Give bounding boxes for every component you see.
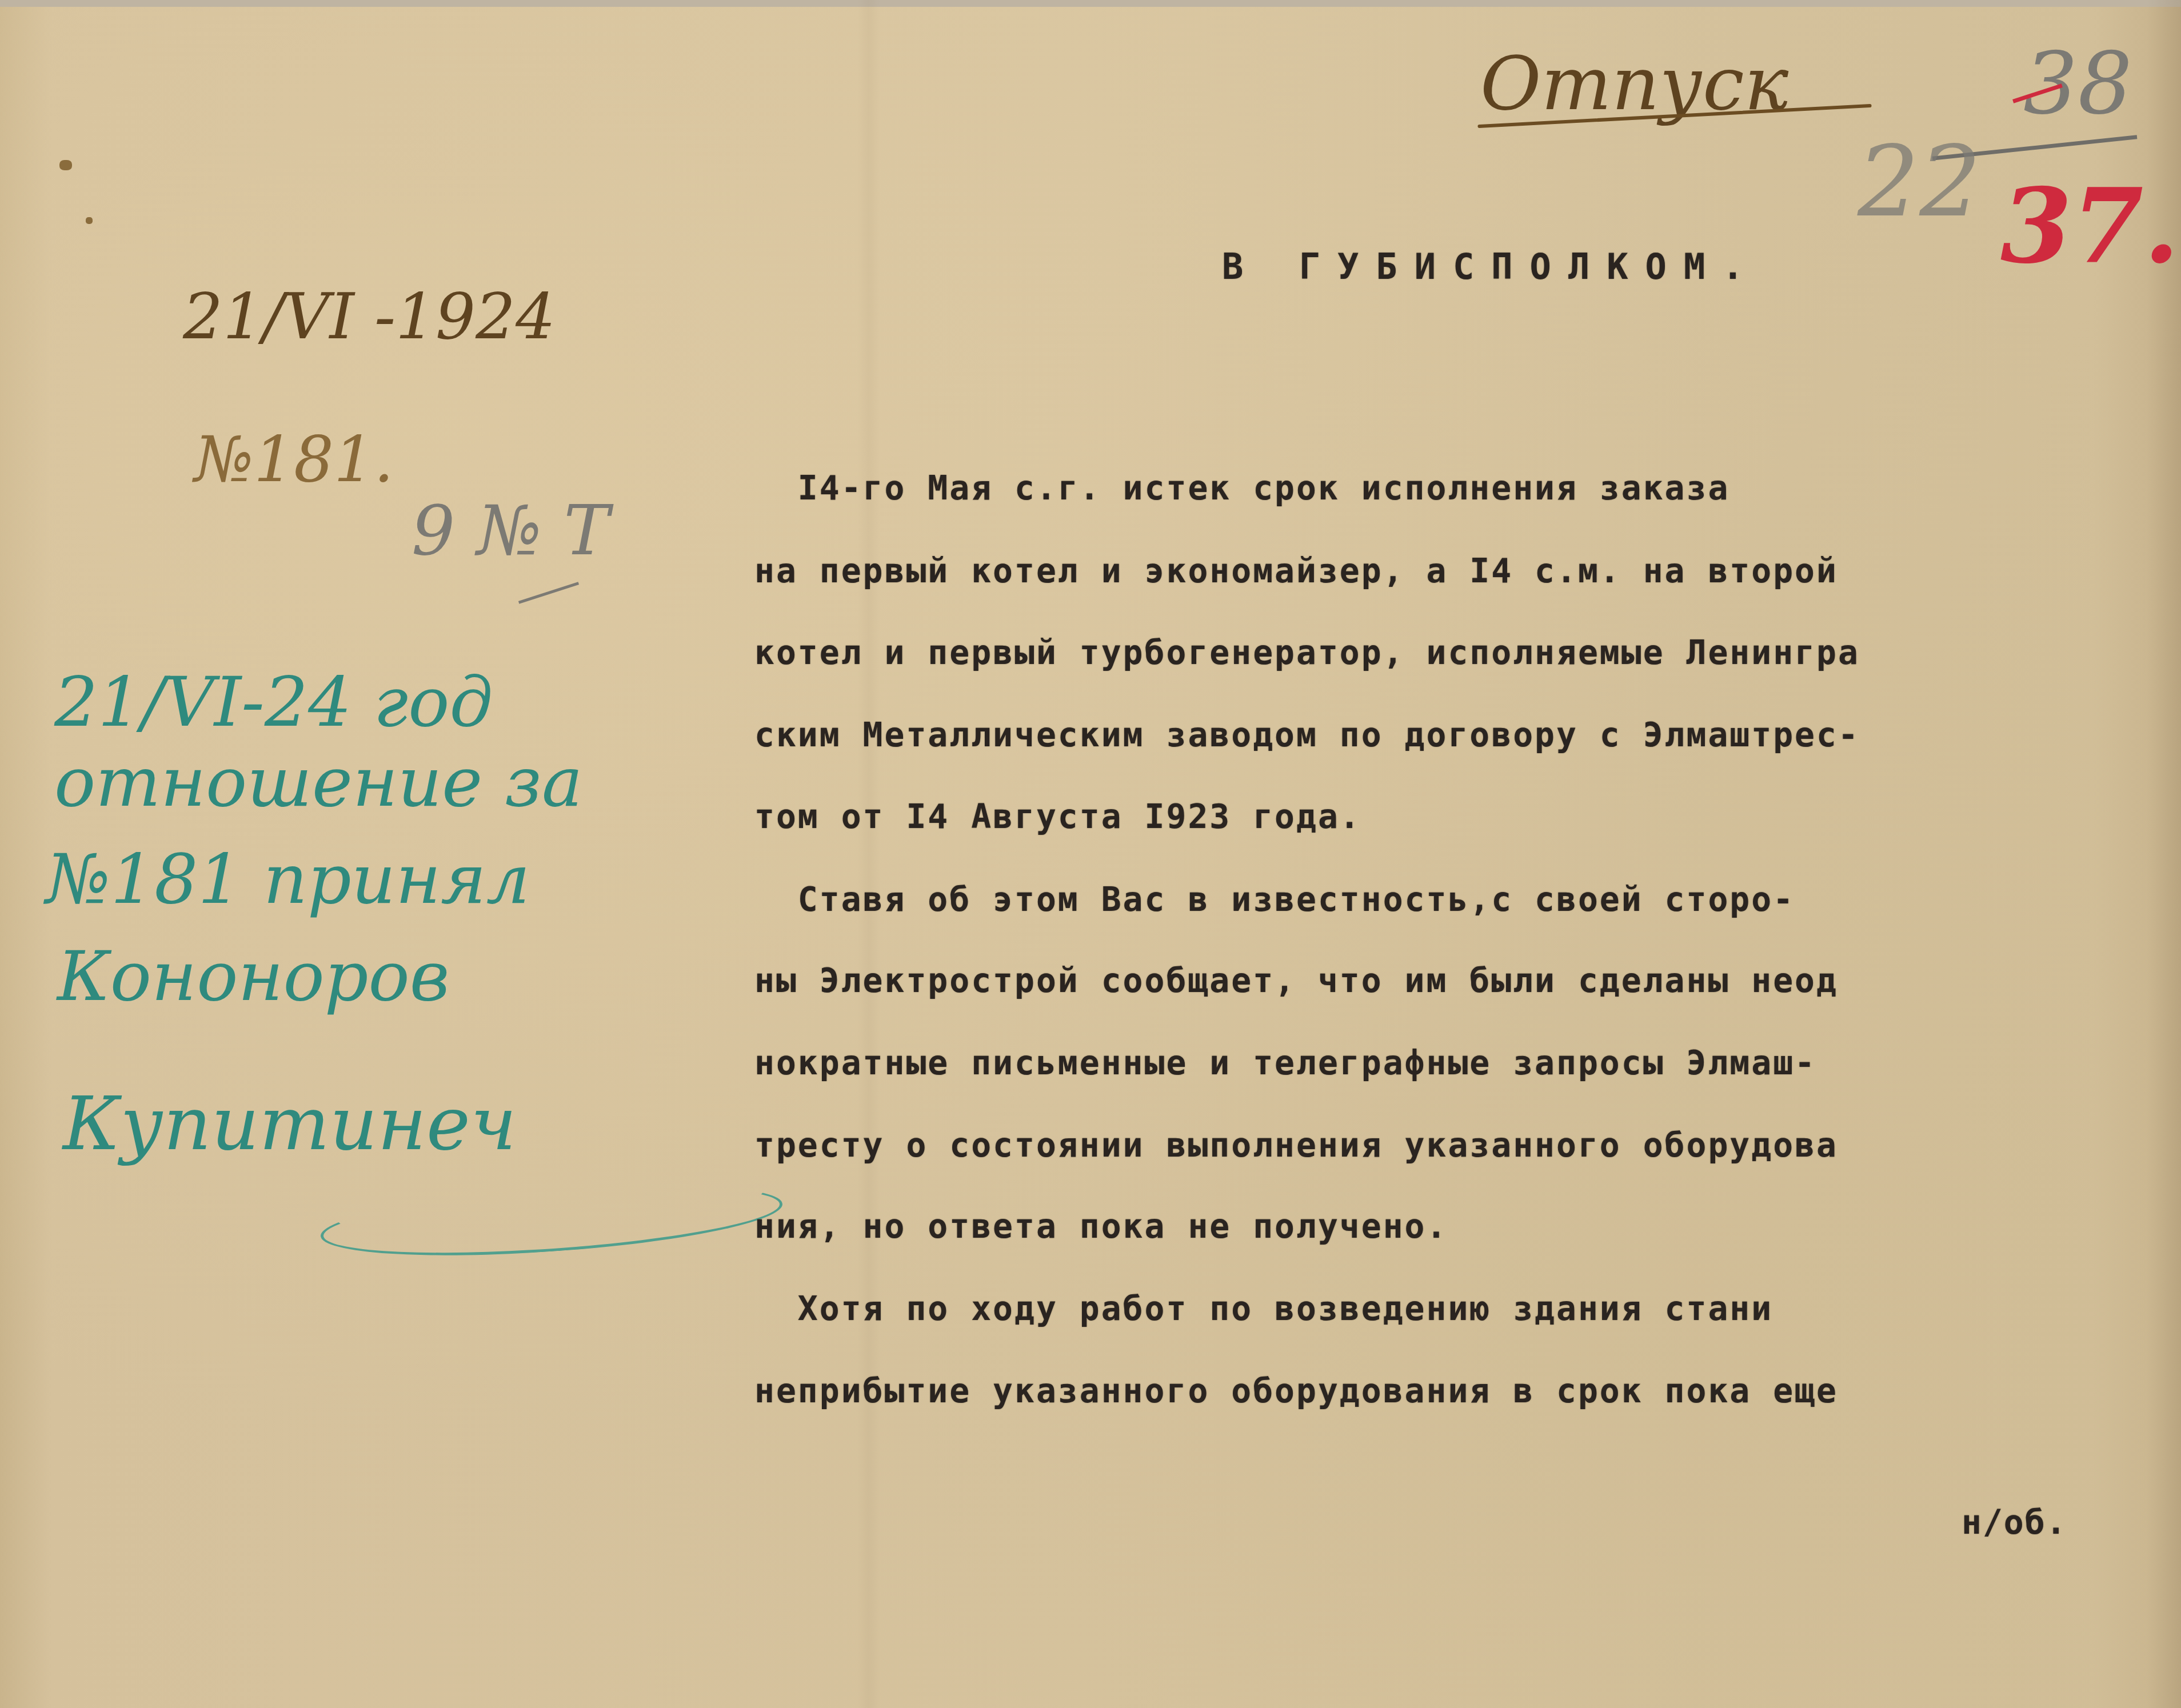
sheet-number-red: 37. — [2000, 166, 2179, 286]
body-line: ским Металлическим заводом по договору с… — [754, 715, 1860, 754]
addressee-title: В ГУБИСПОЛКОМ. — [1222, 246, 1761, 287]
outgoing-number: №181. — [194, 423, 394, 496]
teal-note-line: отношение за — [54, 743, 583, 822]
sheet-number-pencil: 22 — [1858, 126, 1981, 239]
scan-top-edge — [0, 0, 2181, 7]
binding-hole — [86, 217, 93, 224]
body-line: котел и первый турбогенератор, исполняем… — [754, 633, 1860, 672]
body-line: Хотя по ходу работ по возведению здания … — [754, 1289, 1773, 1328]
teal-signature: Купитинеч — [63, 1080, 517, 1167]
teal-note-line: 21/VI-24 год — [54, 663, 493, 742]
teal-note-line: №181 принял — [46, 840, 530, 919]
body-line: ния, но ответа пока не получено. — [754, 1207, 1448, 1246]
page-over-marker: н/об. — [1962, 1503, 2067, 1542]
body-line: Ставя об этом Вас в известность,с своей … — [754, 880, 1795, 919]
body-line: на первый котел и экономайзер, а І4 с.м.… — [754, 551, 1838, 590]
body-line: тресту о состоянии выполнения указанного… — [754, 1126, 1838, 1165]
sheet-number-old: 38 — [2023, 34, 2132, 134]
paper-fold — [857, 0, 880, 1708]
body-line: І4-го Мая с.г. истек срок исполнения зак… — [754, 469, 1729, 507]
pencil-note: 9 № Т — [412, 491, 609, 571]
handwritten-date: 21/VI -1924 — [183, 280, 556, 353]
teal-note-line: Кононоров — [57, 937, 450, 1017]
body-line: ны Электрострой сообщает, что им были сд… — [754, 961, 1838, 1000]
body-line: нократные письменные и телеграфные запро… — [754, 1043, 1816, 1082]
body-line: неприбытие указанного оборудования в сро… — [754, 1371, 1838, 1410]
binding-hole — [59, 160, 72, 170]
body-line: том от І4 Августа І923 года. — [754, 797, 1361, 836]
